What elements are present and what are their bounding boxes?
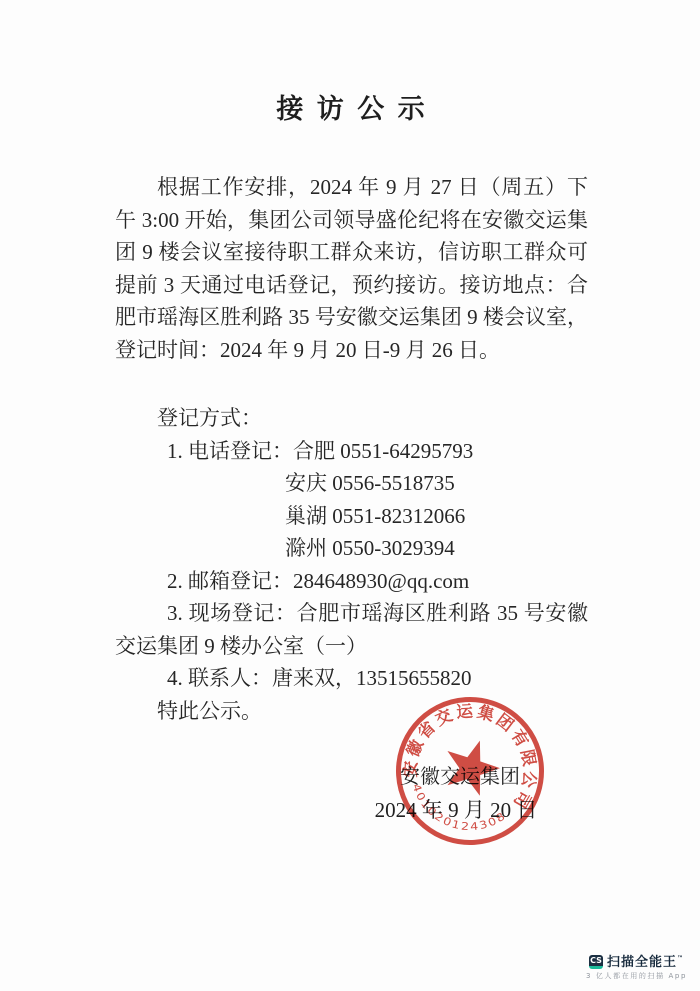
- onsite-registration-line: 3. 现场登记：合肥市瑶海区胜利路 35 号安徽交运集团 9 楼办公室（一）: [115, 597, 588, 662]
- phone-hefei: 合肥 0551-64295793: [293, 439, 473, 463]
- phone-registration-line: 1. 电话登记：合肥 0551-64295793: [115, 435, 588, 468]
- scanner-tagline: 3 亿人都在用的扫描 App: [586, 973, 687, 980]
- contact-label: 4. 联系人：: [167, 666, 272, 690]
- scanned-notice-page: 接 访 公 示 根据工作安排，2024 年 9 月 27 日（周五）下午 3:0…: [0, 0, 700, 991]
- registration-heading: 登记方式：: [115, 402, 588, 435]
- camscanner-logo-icon: CS: [589, 955, 603, 969]
- phone-chaohu: 巢湖 0551-82312066: [285, 500, 588, 533]
- phone-chuzhou: 滁州 0550-3029394: [285, 532, 588, 565]
- trademark-mark: ™: [677, 955, 684, 962]
- notice-paragraph: 根据工作安排，2024 年 9 月 27 日（周五）下午 3:00 开始，集团公…: [115, 171, 588, 366]
- email-registration-label: 2. 邮箱登记：: [167, 569, 293, 593]
- contact-line: 4. 联系人：唐来双，13515655820: [115, 662, 588, 695]
- email-registration-line: 2. 邮箱登记：284648930@qq.com: [115, 565, 588, 598]
- scanner-watermark: CS 扫描全能王™ 3 亿人都在用的扫描 App: [586, 955, 687, 980]
- page-title: 接 访 公 示: [115, 96, 588, 124]
- email-address: 284648930@qq.com: [293, 569, 469, 593]
- phone-anqing: 安庆 0556-5518735: [285, 467, 588, 500]
- document-body: 接 访 公 示 根据工作安排，2024 年 9 月 27 日（周五）下午 3:0…: [115, 0, 588, 727]
- scanner-brand-row: CS 扫描全能王™: [589, 955, 684, 969]
- onsite-registration-label: 3. 现场登记：: [167, 601, 297, 625]
- scanner-brand-name: 扫描全能王™: [607, 956, 684, 969]
- phone-registration-label: 1. 电话登记：: [167, 439, 293, 463]
- scanner-brand-text: 扫描全能王: [607, 955, 677, 970]
- seal-star-icon: [437, 732, 506, 799]
- registration-section: 登记方式： 1. 电话登记：合肥 0551-64295793 安庆 0556-5…: [115, 402, 588, 727]
